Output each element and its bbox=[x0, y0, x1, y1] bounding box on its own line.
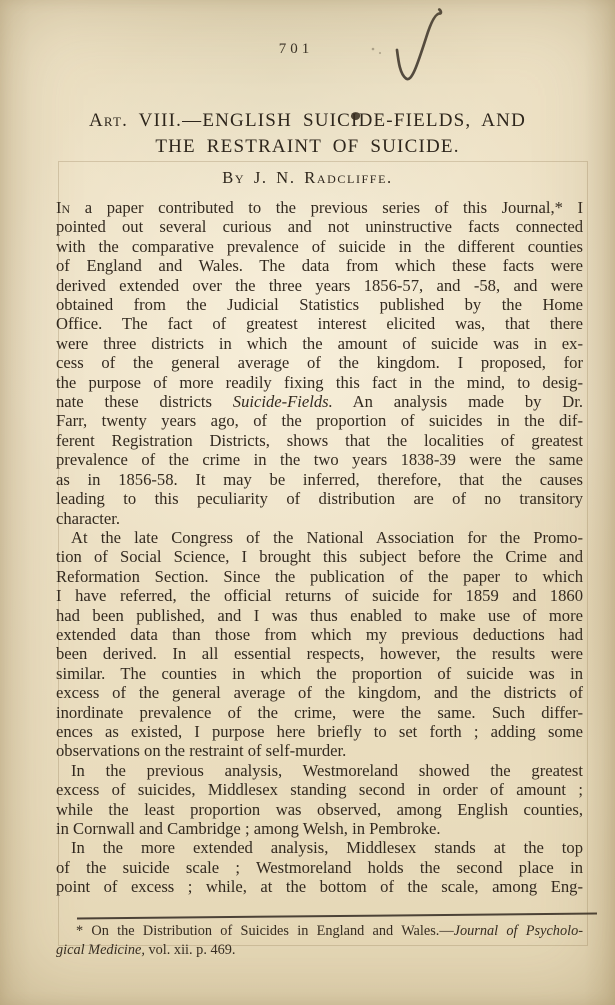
text-line: while the least proportion was observed,… bbox=[56, 800, 583, 819]
text-line: leading to this peculiarity of distribut… bbox=[56, 489, 583, 508]
text-line: similar. The counties in which the propo… bbox=[56, 664, 583, 683]
text-line: point of excess ; while, at the bottom o… bbox=[56, 877, 583, 896]
text-line: prevalence of the crime in the two years… bbox=[56, 450, 583, 469]
page-number: 701 bbox=[0, 41, 592, 58]
text-line: the purpose of more readily fixing this … bbox=[56, 373, 583, 392]
scanned-page: 701 Art. VIII.—ENGLISH SUICIDE-FIELDS, A… bbox=[0, 0, 615, 1005]
text-line: inordinate prevalence of the crime, were… bbox=[56, 703, 583, 722]
paragraph: In the more extended analysis, Middlesex… bbox=[56, 838, 583, 896]
text-line: pointed out several curious and not unin… bbox=[56, 217, 583, 236]
text-line: observations on the restraint of self-mu… bbox=[56, 741, 583, 760]
text-line: tion of Social Science, I brought this s… bbox=[56, 547, 583, 566]
text-line: with the comparative prevalence of suici… bbox=[56, 237, 583, 256]
text-line: gical Medicine, vol. xii. p. 469. bbox=[56, 941, 583, 960]
text-line: excess of suicides, Middlesex standing s… bbox=[56, 780, 583, 799]
text-line: At the late Congress of the National Ass… bbox=[56, 528, 583, 547]
text-line: excess of the general average of the kin… bbox=[56, 683, 583, 702]
text-line: In the more extended analysis, Middlesex… bbox=[56, 838, 583, 857]
text-line: In a paper contributed to the previous s… bbox=[56, 198, 583, 217]
article-heading: Art. VIII.—ENGLISH SUICIDE-FIELDS, AND T… bbox=[45, 108, 570, 160]
text-line: had been published, and I was thus enabl… bbox=[56, 606, 583, 625]
text-line: In the previous analysis, Westmoreland s… bbox=[56, 761, 583, 780]
text-line: in Cornwall and Cambridge ; among Welsh,… bbox=[56, 819, 583, 838]
article-heading-line2: THE RESTRAINT OF SUICIDE. bbox=[45, 134, 570, 160]
text-line: obtained from the Judicial Statistics pu… bbox=[56, 295, 583, 314]
text-line: as in 1856-58. It may be inferred, there… bbox=[56, 470, 583, 489]
text-line: Farr, twenty years ago, of the proportio… bbox=[56, 411, 583, 430]
pen-checkmark-annotation bbox=[370, 0, 490, 110]
footnote-rule bbox=[77, 913, 597, 920]
text-line: ferent Registration Districts, shows tha… bbox=[56, 431, 583, 450]
article-body: In a paper contributed to the previous s… bbox=[56, 198, 583, 897]
text-line: Reformation Section. Since the publicati… bbox=[56, 567, 583, 586]
text-line: of England and Wales. The data from whic… bbox=[56, 256, 583, 275]
byline: By J. N. Radcliffe. bbox=[45, 168, 570, 188]
text-line: extended data than those from which my p… bbox=[56, 625, 583, 644]
paragraph: At the late Congress of the National Ass… bbox=[56, 528, 583, 761]
footnote: * On the Distribution of Suicides in Eng… bbox=[56, 922, 583, 959]
paragraph: In a paper contributed to the previous s… bbox=[56, 198, 583, 528]
text-line: ences as existed, I purpose here briefly… bbox=[56, 722, 583, 741]
text-line: cess of the general average of the kingd… bbox=[56, 353, 583, 372]
text-line: * On the Distribution of Suicides in Eng… bbox=[56, 922, 583, 941]
text-line: of the suicide scale ; Westmoreland hold… bbox=[56, 858, 583, 877]
text-line: Office. The fact of greatest interest el… bbox=[56, 314, 583, 333]
text-line: I have referred, the official returns of… bbox=[56, 586, 583, 605]
text-line: character. bbox=[56, 509, 583, 528]
text-line: derived extended over the three years 18… bbox=[56, 276, 583, 295]
text-line: were three districts in which the amount… bbox=[56, 334, 583, 353]
paragraph: In the previous analysis, Westmoreland s… bbox=[56, 761, 583, 839]
text-line: nate these districts Suicide-Fields. An … bbox=[56, 392, 583, 411]
article-heading-line1: Art. VIII.—ENGLISH SUICIDE-FIELDS, AND bbox=[45, 108, 570, 134]
text-line: been derived. In all essential respects,… bbox=[56, 644, 583, 663]
